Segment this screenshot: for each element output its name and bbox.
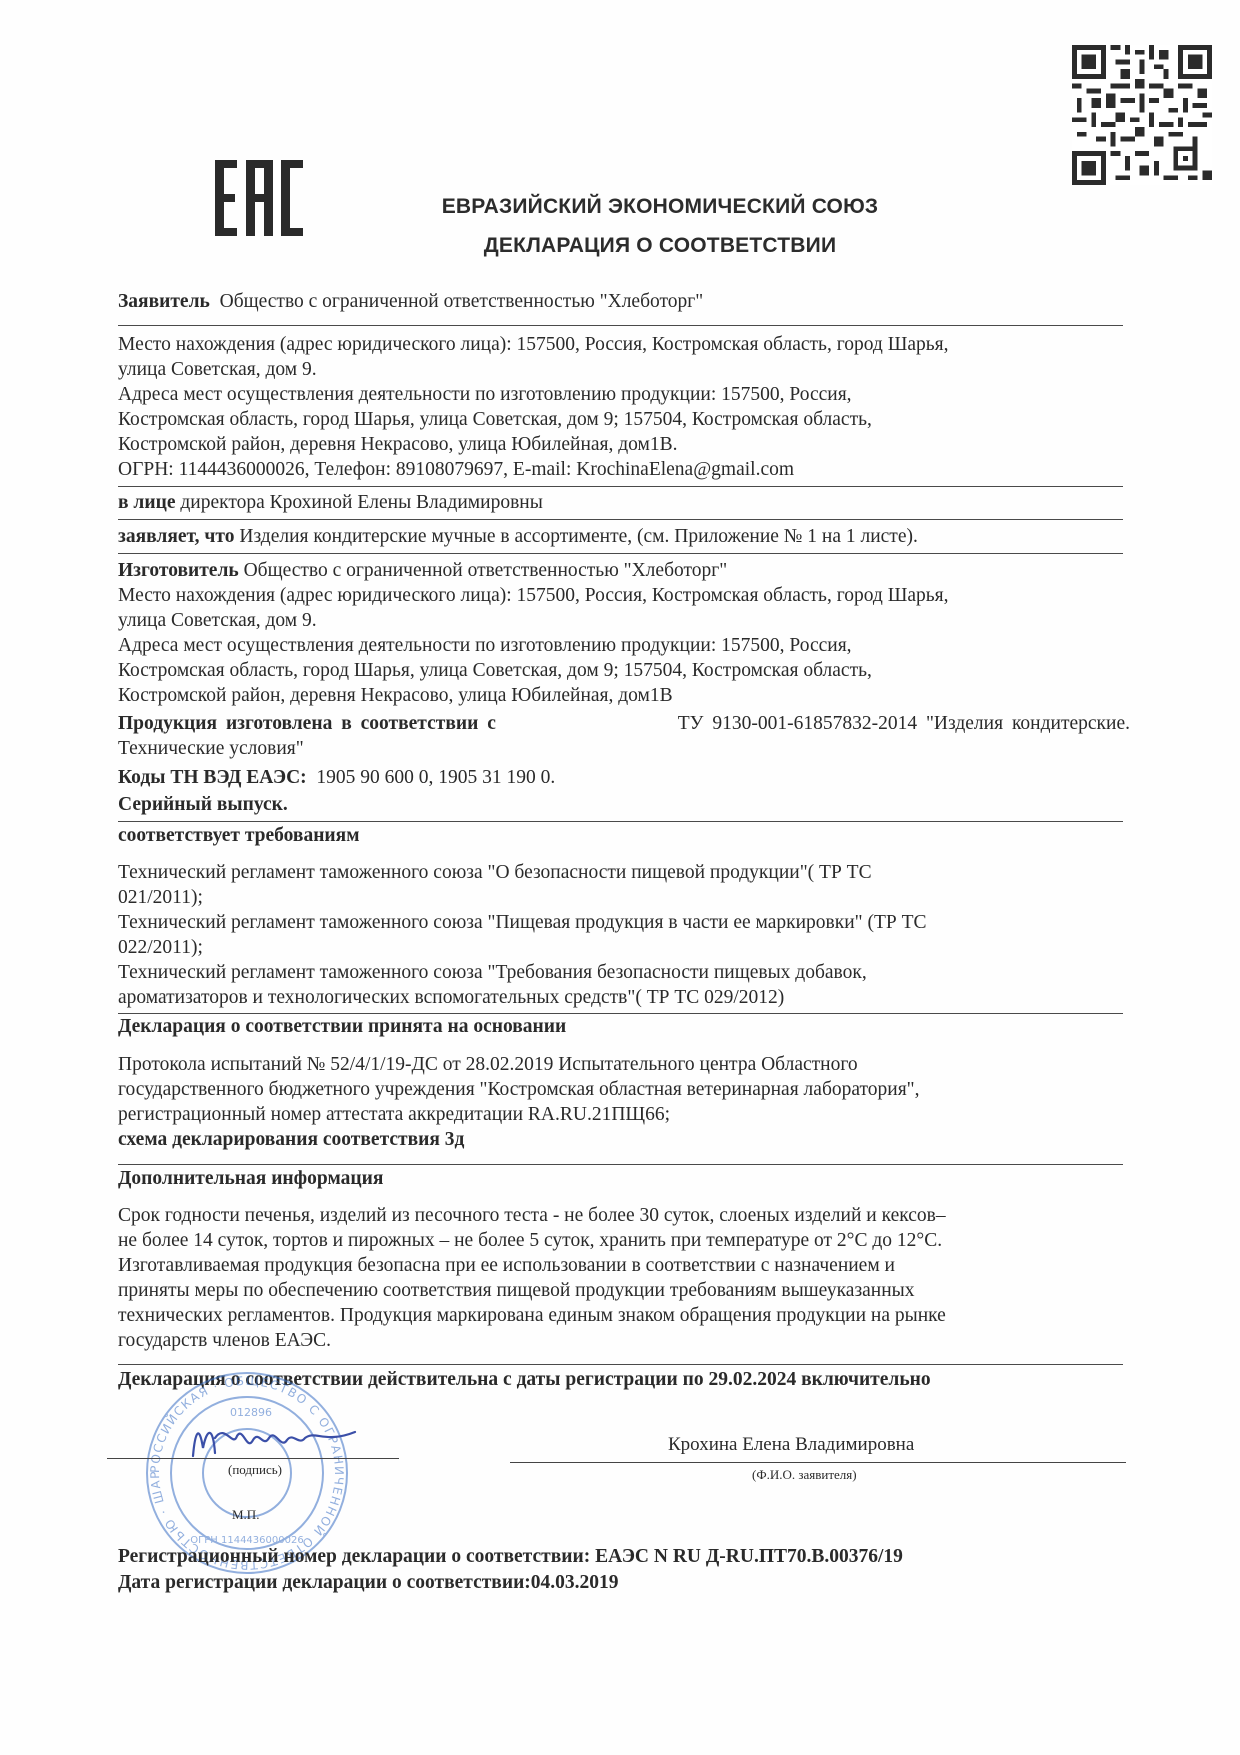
additional-line: технических регламентов. Продукция марки… — [118, 1303, 1130, 1328]
represented-value: директора Крохиной Елены Владимировны — [180, 492, 542, 513]
divider — [118, 1364, 1123, 1365]
signature-line — [107, 1458, 399, 1459]
basis-heading: Декларация о соответствии принята на осн… — [118, 1014, 1130, 1039]
registration-date-label: Дата регистрации декларации о соответств… — [118, 1572, 531, 1593]
applicant-row: Заявитель Общество с ограниченной ответс… — [118, 289, 1130, 314]
applicant-address-line: Место нахождения (адрес юридического лиц… — [118, 332, 1130, 357]
basis-line: Протокола испытаний № 52/4/1/19-ДС от 28… — [118, 1052, 1130, 1077]
declares-value: Изделия кондитерские мучные в ассортимен… — [239, 526, 917, 547]
applicant-address-line: Адреса мест осуществления деятельности п… — [118, 382, 1130, 407]
product-standard-value-cont: Технические условия" — [118, 736, 1130, 761]
manufacturer-address-line: Адреса мест осуществления деятельности п… — [118, 633, 1130, 658]
requirements-heading: соответствует требованиям — [118, 823, 1130, 848]
represented-row: в лице директора Крохиной Елены Владимир… — [118, 490, 1130, 515]
signer-name-line — [510, 1462, 1126, 1463]
declares-row: заявляет, что Изделия кондитерские мучны… — [118, 524, 1130, 549]
additional-line: Изготавливаемая продукция безопасна при … — [118, 1253, 1130, 1278]
registration-date-row: Дата регистрации декларации о соответств… — [118, 1570, 1130, 1595]
applicant-address-block: Место нахождения (адрес юридического лиц… — [118, 332, 1130, 482]
requirement-line: Технический регламент таможенного союза … — [118, 960, 1130, 985]
additional-list: Срок годности печенья, изделий из песочн… — [118, 1203, 1130, 1353]
manufacturer-block: Изготовитель Общество с ограниченной отв… — [118, 558, 1130, 708]
additional-line: государств членов ЕАЭС. — [118, 1328, 1130, 1353]
codes-row: Коды ТН ВЭД ЕАЭС: 1905 90 600 0, 1905 31… — [118, 765, 1130, 790]
manufacturer-address-line: улица Советская, дом 9. — [118, 608, 1130, 633]
requirement-line: 021/2011); — [118, 885, 1130, 910]
additional-line: не более 14 суток, тортов и пирожных – н… — [118, 1228, 1130, 1253]
additional-line: Срок годности печенья, изделий из песочн… — [118, 1203, 1130, 1228]
signer-name: Крохина Елена Владимировна — [668, 1434, 914, 1456]
manufacturer-address-line: Место нахождения (адрес юридического лиц… — [118, 583, 1130, 608]
registration-number-label: Регистрационный номер декларации о соотв… — [118, 1546, 590, 1567]
divider — [118, 519, 1123, 520]
divider — [118, 486, 1123, 487]
product-standard-value: ТУ 9130-001-61857832-2014 "Изделия конди… — [678, 711, 1130, 736]
requirement-line: Технический регламент таможенного союза … — [118, 910, 1130, 935]
applicant-address-line: улица Советская, дом 9. — [118, 357, 1130, 382]
codes-value: 1905 90 600 0, 1905 31 190 0. — [316, 767, 555, 788]
applicant-label: Заявитель — [118, 291, 210, 312]
qr-code-icon — [1072, 45, 1212, 185]
registration-number-row: Регистрационный номер декларации о соотв… — [118, 1544, 1130, 1569]
stamp-placeholder-label: М.П. — [232, 1507, 259, 1523]
divider — [118, 553, 1123, 554]
union-title: ЕВРАЗИЙСКИЙ ЭКОНОМИЧЕСКИЙ СОЮЗ — [0, 195, 1240, 219]
product-standard-row: Продукция изготовлена в соответствии с Т… — [118, 711, 1130, 761]
additional-heading: Дополнительная информация — [118, 1166, 1130, 1191]
declares-label: заявляет, что — [118, 526, 235, 547]
manufacturer-address-line: Костромской район, деревня Некрасово, ул… — [118, 683, 1130, 708]
release-type: Серийный выпуск. — [118, 792, 1130, 817]
manufacturer-label: Изготовитель — [118, 560, 239, 581]
basis-list: Протокола испытаний № 52/4/1/19-ДС от 28… — [118, 1052, 1130, 1152]
manufacturer-row: Изготовитель Общество с ограниченной отв… — [118, 558, 1130, 583]
applicant-address-line: Костромская область, город Шарья, улица … — [118, 407, 1130, 432]
requirement-line: Технический регламент таможенного союза … — [118, 860, 1130, 885]
applicant-name: Общество с ограниченной ответственностью… — [220, 291, 704, 312]
codes-label: Коды ТН ВЭД ЕАЭС: — [118, 767, 307, 788]
additional-line: приняты меры по обеспечению соответствия… — [118, 1278, 1130, 1303]
requirement-line: 022/2011); — [118, 935, 1130, 960]
declaration-scheme: схема декларирования соответствия 3д — [118, 1127, 1130, 1152]
basis-line: регистрационный номер аттестата аккредит… — [118, 1102, 1130, 1127]
product-standard-label: Продукция изготовлена в соответствии с — [118, 711, 496, 736]
represented-label: в лице — [118, 492, 175, 513]
basis-line: государственного бюджетного учреждения "… — [118, 1077, 1130, 1102]
signer-label: (Ф.И.О. заявителя) — [752, 1467, 857, 1483]
document-title: ДЕКЛАРАЦИЯ О СООТВЕТСТВИИ — [0, 234, 1240, 258]
divider — [118, 325, 1123, 326]
signature-label: (подпись) — [228, 1462, 282, 1478]
divider — [118, 1164, 1123, 1165]
registration-number-value: ЕАЭС N RU Д-RU.ПТ70.В.00376/19 — [595, 1546, 903, 1567]
manufacturer-name: Общество с ограниченной ответственностью… — [244, 560, 728, 581]
divider — [118, 821, 1123, 822]
applicant-address-line: Костромской район, деревня Некрасово, ул… — [118, 432, 1130, 457]
manufacturer-address-line: Костромская область, город Шарья, улица … — [118, 658, 1130, 683]
requirement-line: ароматизаторов и технологических вспомог… — [118, 985, 1130, 1010]
registration-date-value: 04.03.2019 — [531, 1572, 619, 1593]
applicant-contacts: ОГРН: 1144436000026, Телефон: 8910807969… — [118, 457, 1130, 482]
requirements-list: Технический регламент таможенного союза … — [118, 860, 1130, 1010]
